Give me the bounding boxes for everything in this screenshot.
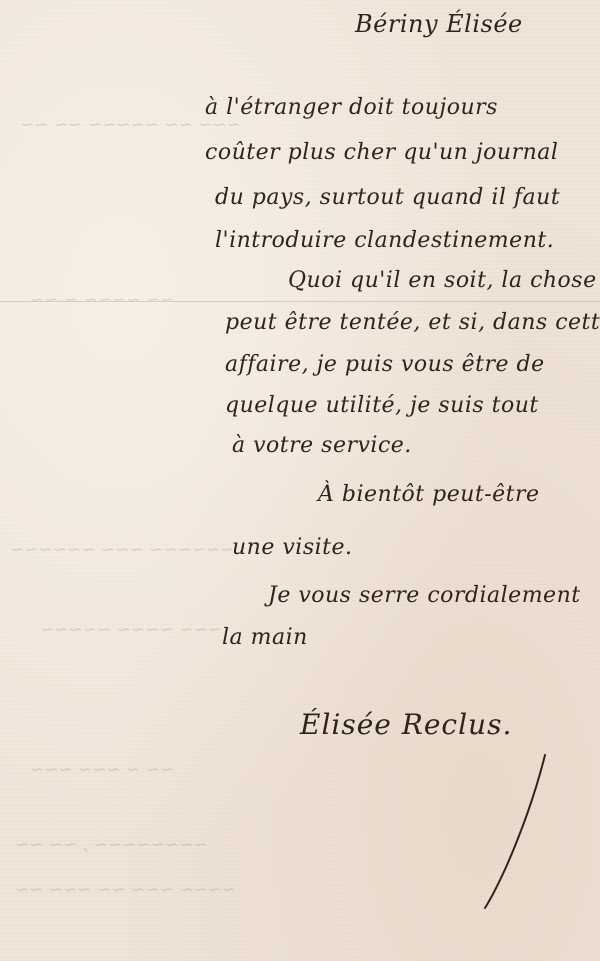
letter-line-7: affaire, je puis vous être de [225, 352, 545, 377]
letter-line-11: une visite. [232, 535, 353, 560]
letter-line-6: peut être tentée, et si, dans cette [225, 310, 600, 335]
letter-page: ~~~ ~~ ~~~~~ ~~ ~~ ~~ ~~~~ ~ ~~ ~~~~~~ ~… [0, 0, 600, 961]
bleed-through-text: ~~~ ~~~~ ~~~~~ [40, 620, 222, 640]
letter-line-2: coûter plus cher qu'un journal [205, 140, 558, 165]
signature: Élisée Reclus. [300, 708, 512, 741]
bleed-through-text: ~~ ~ ~~~ ~~~ [30, 760, 174, 780]
letter-line-3: du pays, surtout quand il faut [215, 185, 560, 210]
letter-header: Bériny Élisée [355, 10, 523, 38]
signature-flourish-icon [465, 750, 555, 910]
letter-line-9: à votre service. [232, 433, 412, 458]
bleed-through-text: ~~~~~~ ~~~ ~~~~~~ [10, 540, 234, 560]
letter-line-8: quelque utilité, je suis tout [225, 393, 539, 418]
bleed-through-text: ~~ ~~~~ ~ ~~ [30, 290, 174, 310]
letter-line-13: la main [222, 625, 308, 650]
bleed-through-text: ~~~~~~~~ , ~~ ~~ [15, 835, 208, 855]
letter-line-4: l'introduire clandestinement. [215, 228, 554, 253]
bleed-through-text: ~~~~ ~~~ ~~ ~~~ ~~ [15, 880, 236, 900]
letter-line-12: Je vous serre cordialement [268, 583, 581, 608]
letter-line-10: À bientôt peut-être [318, 482, 540, 507]
letter-line-1: à l'étranger doit toujours [205, 95, 498, 120]
letter-line-5: Quoi qu'il en soit, la chose [288, 268, 597, 293]
